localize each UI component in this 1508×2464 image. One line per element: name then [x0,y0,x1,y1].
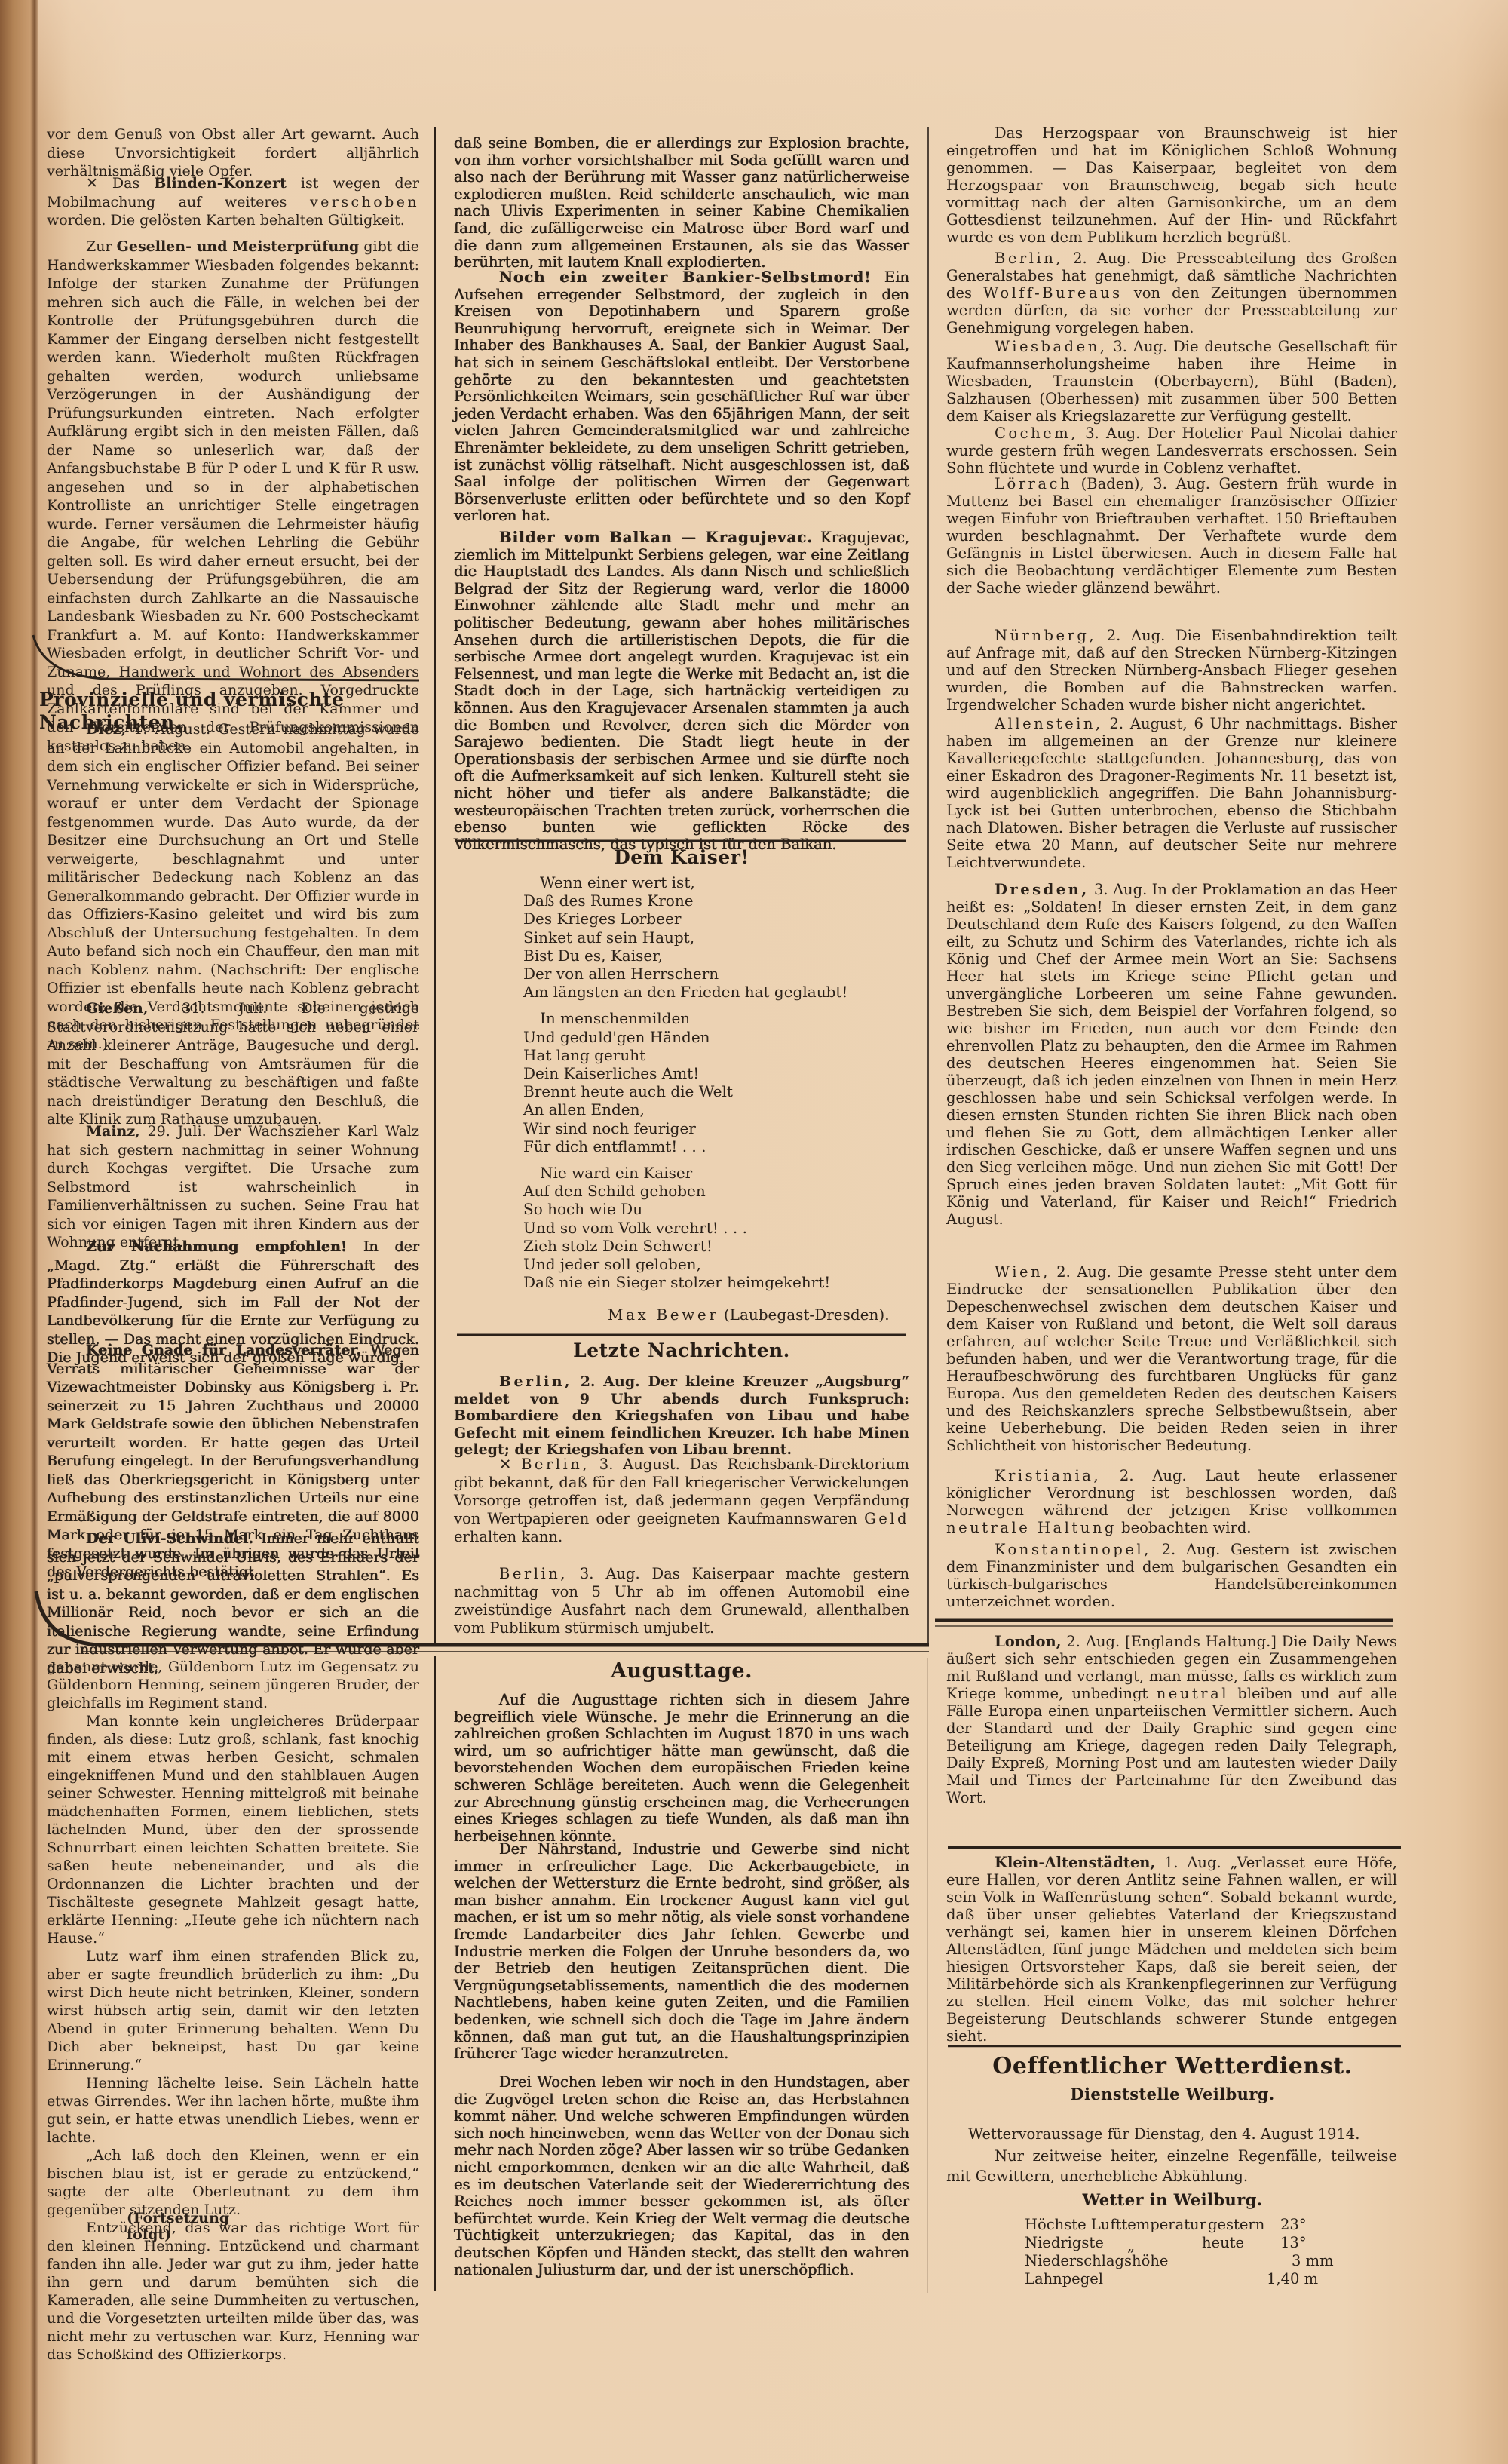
poem-line: Am längsten an den Frieden hat geglaubt! [523,983,915,1001]
poem-line: Daß nie ein Sieger stolzer heimgekehrt! [523,1273,915,1291]
poem-line: Bist Du es, Kaiser, [523,947,915,965]
news-item-allenstein: Allenstein, 2. August, 6 Uhr nachmittags… [946,715,1397,871]
dateline: Berlin, [499,1565,568,1582]
article-blinden-konzert: ✕ Das Blinden-Konzert ist wegen der Mobi… [47,174,419,230]
weather-forecast-text: Nur zeitweise heiter, einzelne Regenfäll… [946,2146,1397,2186]
news-item-wien: Wien, 2. Aug. Die gesamte Presse steht u… [946,1263,1397,1454]
weather-label: Niedrigste [1025,2234,1104,2251]
poem-stanza: In menschenmilden Und geduld'gen Händen … [523,1009,915,1155]
poem-line: So hoch wie Du [523,1200,915,1218]
weather-label: Lahnpegel [1025,2270,1103,2288]
dateline: Berlin, [995,250,1063,267]
weather-subheading: Dienststelle Weilburg. [946,2085,1399,2104]
augusttage-paragraph: Auf die Augusttage richten sich in diese… [454,1692,909,1845]
poem-title: Dem Kaiser! [454,846,909,869]
news-item-herzogspaar: Das Herzogspaar von Braunschweig ist hie… [946,124,1397,246]
article-bilder-vom-balkan: Bilder vom Balkan — Kragujevac. Kragujev… [454,529,909,853]
poem-line: Dein Kaiserliches Amt! [523,1064,915,1082]
serial-continuation-note: (Fortsetzung folgt) [127,2210,277,2243]
poem-line: Wenn einer wert ist, [523,873,915,891]
dateline: Kristiania, [995,1467,1101,1484]
article-lead: Noch ein zweiter Bankier-Selbstmord! [499,268,872,286]
spaced-emphasis: Wolff-Bureaus [983,284,1123,302]
article-lead: Zur Nachahmung empfohlen! [86,1238,347,1255]
dateline: London, [995,1633,1062,1650]
article-text: Ein Aufsehen erregender Selbstmord, der … [454,268,909,524]
article-text: 29. Juli. Der Wachszieher Karl Walz hat … [47,1123,419,1250]
news-item-wiesbaden: Wiesbaden, 3. Aug. Die deutsche Gesellsc… [946,338,1397,425]
article-text: Das [98,175,154,192]
article-lead: Keine Gnade für Landesverräter. [86,1342,361,1358]
weather-label: Höchste Lufttemperatur [1025,2216,1206,2233]
poem-line: Für dich entflammt! . . . [523,1137,915,1155]
article-gesellenpruefung: Zur Gesellen- und Meisterprüfung gibt di… [47,238,419,755]
news-item-berlin-presse: Berlin, 2. Aug. Die Presseabteilung des … [946,250,1397,336]
poem-line: Brennt heute auch die Welt [523,1082,915,1100]
article-lead: Gesellen- und Meisterprüfung [117,238,360,255]
poem-line: Und so vom Volk verehrt! . . . [523,1219,915,1237]
cross-marker-icon: ✕ [499,1456,521,1473]
news-item-cochem: Cochem, 3. Aug. Der Hotelier Paul Nicola… [946,425,1397,477]
news-item-konstantinopel: Konstantinopel, 2. Aug. Gestern ist zwis… [946,1541,1397,1610]
serial-paragraph: Lutz warf ihm einen strafenden Blick zu,… [47,1947,419,2074]
dateline: Berlin, [499,1373,572,1390]
dateline: Gießen, [86,1000,149,1017]
spaced-emphasis: neutrale Haltung [946,1519,1117,1536]
poem-line: An allen Enden, [523,1100,915,1118]
article-text: beobachten wird. [1117,1519,1252,1536]
weather-value: 3 mm [1292,2252,1334,2269]
article-text: 31. Juli. Die gestrige Stadtverordnetens… [47,1000,419,1128]
news-item-klein-altenstaedten: Klein-Altenstädten, 1. Aug. „Verlasset e… [946,1854,1397,2045]
spaced-emphasis: neutral [1157,1685,1229,1702]
dateline: Wien, [995,1263,1050,1281]
news-item-giessen: Gießen, 31. Juli. Die gestrige Stadtvero… [47,999,419,1129]
weather-value: 13° [1280,2234,1307,2251]
weather-when: gestern [1208,2216,1264,2233]
news-item-ulivi: Der Ulivi-Schwindel. Immer mehr enthüllt… [47,1530,419,1677]
poem-dem-kaiser: Wenn einer wert ist, Daß des Rumes Krone… [523,873,915,1300]
poem-line: Des Krieges Lorbeer [523,910,915,928]
article-text: gibt die Handwerkskammer Wiesbaden folge… [47,238,419,754]
weather-local-heading: Wetter in Weilburg. [946,2190,1399,2210]
news-item-london: London, 2. Aug. [Englands Haltung.] Die … [946,1633,1397,1806]
weather-forecast-title: Wettervoraussage für Dienstag, den 4. Au… [968,2125,1398,2143]
latest-item-reichsbank: ✕ Berlin, 3. August. Das Reichsbank-Dire… [454,1456,909,1546]
latest-item-kaiserpaar: Berlin, 3. Aug. Das Kaiserpaar machte ge… [454,1565,909,1637]
poem-line: In menschenmilden [523,1009,915,1027]
poem-line: Sinket auf sein Haupt, [523,928,915,947]
news-item-kristiania: Kristiania, 2. Aug. Laut heute erlassene… [946,1467,1397,1536]
article-obst-warning: vor dem Genuß von Obst aller Art gewarnt… [47,125,419,181]
article-text: bleiben und auf alle Fälle Europa einen … [946,1685,1397,1806]
poem-line: Nie ward ein Kaiser [523,1164,915,1182]
section-heading-augusttage: Augusttage. [454,1659,909,1683]
article-text: 2. Aug. Die gesamte Presse steht unter d… [946,1263,1397,1454]
article-text: 3. Aug. In der Proklamation an das Heer … [946,881,1397,1228]
latest-item-augsburg: Berlin, 2. Aug. Der kleine Kreuzer „Augs… [454,1373,909,1459]
poem-line: Der von allen Herrschern [523,965,915,983]
dateline: Diez, [86,721,126,738]
poem-line: Zieh stolz Dein Schwert! [523,1237,915,1255]
weather-value: 23° [1280,2216,1307,2233]
serial-paragraph: „Ach laß doch den Kleinen, wenn er ein b… [47,2146,419,2219]
weather-heading: Oeffentlicher Wetterdienst. [946,2053,1399,2080]
weather-when: heute [1202,2234,1244,2251]
poem-line: Auf den Schild gehoben [523,1182,915,1200]
spaced-emphasis: verschoben [310,194,419,210]
article-text: 2. August, 6 Uhr nachmittags. Bisher hab… [946,715,1397,871]
dateline: Wiesbaden, [995,338,1107,355]
news-item-nuernberg: Nürnberg, 2. Aug. Die Eisenbahndirektion… [946,627,1397,713]
poem-line: Und geduld'gen Händen [523,1028,915,1046]
poem-author: Max Bewer (Laubegast-Dresden). [608,1306,909,1324]
weather-label: Niederschlagshöhe [1025,2252,1168,2269]
dateline: Nürnberg, [995,627,1096,644]
dateline: Allenstein, [995,715,1103,732]
dateline: Klein-Altenstädten, [995,1854,1155,1871]
article-text: Zur [86,238,117,255]
poem-stanza: Wenn einer wert ist, Daß des Rumes Krone… [523,873,915,1001]
serial-paragraph: Henning lächelte leise. Sein Lächeln hat… [47,2074,419,2146]
serial-paragraph: Man konnte kein ungleicheres Brüderpaar … [47,1712,419,1947]
article-ulivi-continuation: daß seine Bomben, die er allerdings zur … [454,135,909,272]
dateline: Lörrach [995,475,1072,492]
poem-line: Wir sind noch feuriger [523,1119,915,1137]
dateline: Dresden, [995,881,1090,898]
article-text: Kragujevac, ziemlich im Mittelpunkt Serb… [454,529,909,853]
article-lead: Der Ulivi-Schwindel. [86,1530,253,1547]
serial-paragraph: genannt wurde, Güldenborn Lutz im Gegens… [47,1658,419,1712]
augusttage-paragraph: Der Nährstand, Industrie und Gewerbe sin… [454,1841,909,2063]
article-text: worden. Die gelösten Karten behalten Gül… [47,212,405,229]
author-place: (Laubegast-Dresden). [719,1306,890,1324]
article-text: vor dem Genuß von Obst aller Art gewarnt… [47,126,419,180]
dateline: Konstantinopel, [995,1541,1151,1558]
dateline: Cochem, [995,425,1078,442]
article-text: Immer mehr enthüllt sich jetzt der Schwi… [47,1530,419,1677]
poem-line: Daß des Rumes Krone [523,891,915,910]
article-lead: Bilder vom Balkan — Kragujevac. [499,529,813,546]
author-name: Max Bewer [608,1306,719,1324]
dateline: Berlin, [521,1456,590,1473]
weather-value: 1,40 m [1267,2270,1318,2288]
poem-stanza: Nie ward ein Kaiser Auf den Schild gehob… [523,1164,915,1291]
augusttage-paragraph: Drei Wochen leben wir noch in den Hundst… [454,2074,909,2278]
news-item-dresden: Dresden, 3. Aug. In der Proklamation an … [946,881,1397,1228]
article-text: 1. Aug. „Verlasset eure Höfe, eure Halle… [946,1854,1397,2045]
cross-marker-icon: ✕ [86,175,98,192]
article-lead: Blinden-Konzert [154,175,287,192]
poem-line: Hat lang geruht [523,1046,915,1064]
article-text: (Baden), 3. Aug. Gestern früh wurde in M… [946,475,1397,597]
section-heading-letzte-nachrichten: Letzte Nachrichten. [454,1339,909,1362]
dateline: Mainz, [86,1123,140,1140]
poem-line: Und jeder soll geloben, [523,1255,915,1273]
article-text: erhalten kann. [454,1528,562,1545]
news-item-mainz: Mainz, 29. Juli. Der Wachszieher Karl Wa… [47,1122,419,1252]
spaced-emphasis: Geld [864,1510,909,1527]
news-item-loerrach: Lörrach (Baden), 3. Aug. Gestern früh wu… [946,475,1397,597]
serial-novel: genannt wurde, Güldenborn Lutz im Gegens… [47,1658,419,2364]
article-bankier-selbstmord: Noch ein zweiter Bankier-Selbstmord! Ein… [454,269,909,525]
